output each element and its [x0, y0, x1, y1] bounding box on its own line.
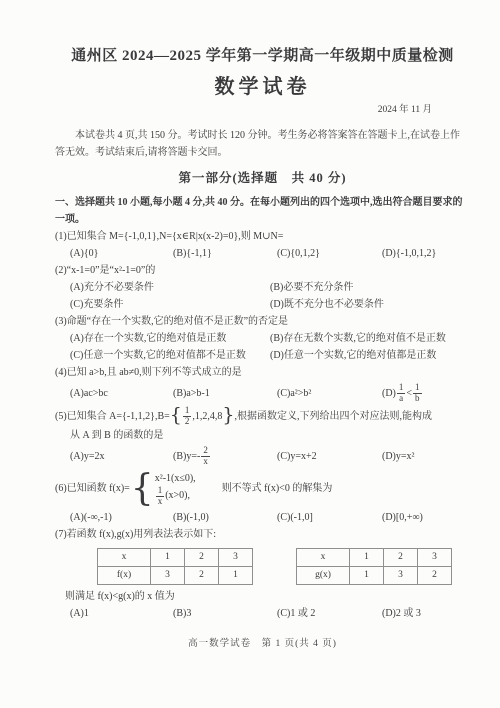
option-d: (D){-1,0,1,2} — [382, 245, 470, 262]
instructions-line-2: 答无效。考试结束后,请将答题卡交回。 — [55, 144, 470, 161]
question-3-stem: (3)命题“存在一个实数,它的绝对值不是正数”的否定是 — [55, 313, 470, 330]
question-5-stem: (5)已知集合 A={-1,1,2},B= { 1 2 ,1,2,4,8 } ,… — [55, 406, 470, 427]
question-2: (2)“x-1=0”是“x²-1=0”的 (A)充分不必要条件 (B)必要不充分… — [55, 262, 470, 313]
option-d: (D)既不充分也不必要条件 — [270, 296, 470, 313]
section-rule-line-1: 一、选择题共 10 小题,每小题 4 分,共 40 分。在每小题列出的四个选项中… — [55, 194, 470, 211]
option-d-label: (D) — [382, 385, 396, 402]
option-a: (A)ac>bc — [70, 385, 173, 402]
question-4-options: (A)ac>bc (B)a>b-1 (C)a²>b² (D) 1 a < 1 b — [55, 381, 470, 406]
table-cell: 2 — [418, 566, 452, 584]
table-row: g(x) 1 3 2 — [297, 566, 452, 584]
piecewise-case-2: 1 x (x>0), — [155, 486, 196, 507]
part-one-heading: 第一部分(选择题 共 40 分) — [55, 169, 470, 187]
question-3-options-row-2: (C)任意一个实数,它的绝对值都不是正数 (D)任意一个实数,它的绝对值都是正数 — [55, 347, 470, 364]
option-a: (A)(-∞,-1) — [70, 509, 173, 526]
question-2-options-row-1: (A)充分不必要条件 (B)必要不充分条件 — [55, 279, 470, 296]
option-b: (B)3 — [173, 605, 277, 622]
question-4: (4)已知 a>b,且 ab≠0,则下列不等式成立的是 (A)ac>bc (B)… — [55, 364, 470, 406]
question-6-options: (A)(-∞,-1) (B)(-1,0) (C)(-1,0] (D)[0,+∞) — [55, 509, 470, 526]
less-than-sign: < — [406, 385, 412, 402]
question-1: (1)已知集合 M={-1,0,1},N={x∈R|x(x-2)=0},则 M∪… — [55, 228, 470, 262]
option-d: (D)任意一个实数,它的绝对值都是正数 — [270, 347, 470, 364]
question-3-options-row-1: (A)存在一个实数,它的绝对值是正数 (B)存在无数个实数,它的绝对值不是正数 — [55, 330, 470, 347]
option-c: (C){0,1,2} — [277, 245, 382, 262]
fraction-one-over-a: 1 a — [397, 383, 406, 404]
question-5-options: (A)y=2x (B)y=- 2 x (C)y=x+2 (D)y=x² — [55, 444, 470, 469]
question-4-stem: (4)已知 a>b,且 ab≠0,则下列不等式成立的是 — [55, 364, 470, 381]
g-x-value-table: x 1 2 3 g(x) 1 3 2 — [296, 548, 452, 585]
option-c: (C)充要条件 — [70, 296, 270, 313]
option-c: (C)1 或 2 — [277, 605, 382, 622]
section-rule: 一、选择题共 10 小题,每小题 4 分,共 40 分。在每小题列出的四个选项中… — [55, 194, 470, 228]
option-a: (A)存在一个实数,它的绝对值是正数 — [70, 330, 270, 347]
question-5-stem-suffix: ,根据函数定义,下列给出四个对应法则,能构成 — [234, 408, 432, 425]
fraction-one-half: 1 2 — [183, 406, 192, 427]
table-row: x 1 2 3 — [98, 548, 253, 566]
question-7-tables: x 1 2 3 f(x) 3 2 1 x — [97, 548, 470, 585]
question-6-stem: (6)已知函数 f(x)= { x²-1(x≤0), 1 x (x>0), 则不… — [55, 471, 470, 507]
table-cell: x — [297, 548, 350, 566]
option-c: (C)y=x+2 — [277, 448, 382, 465]
piecewise-brace: { — [131, 471, 154, 507]
fraction-two-over-x: 2 x — [201, 446, 210, 467]
table-cell: 1 — [350, 548, 384, 566]
option-d: (D)[0,+∞) — [382, 509, 470, 526]
table-cell: 2 — [185, 566, 219, 584]
option-b: (B)y=- 2 x — [173, 446, 277, 467]
question-7: (7)若函数 f(x),g(x)用列表法表示如下: x 1 2 3 f(x) 3… — [55, 526, 470, 622]
table-cell: 3 — [151, 566, 185, 584]
question-6-stem-prefix: (6)已知函数 f(x)= — [55, 480, 130, 497]
set-elements: ,1,2,4,8 — [192, 408, 222, 425]
question-6-stem-suffix: 则不等式 f(x)<0 的解集为 — [222, 480, 333, 497]
option-a: (A){0} — [70, 245, 173, 262]
fraction-one-over-b: 1 b — [413, 383, 422, 404]
table-cell: 1 — [350, 566, 384, 584]
option-b: (B){-1,1} — [173, 245, 277, 262]
left-brace: { — [170, 406, 182, 425]
option-a: (A)y=2x — [70, 448, 173, 465]
piecewise-case-2-condition: (x>0), — [165, 487, 190, 505]
option-a: (A)1 — [70, 605, 173, 622]
option-c: (C)(-1,0] — [277, 509, 382, 526]
question-7-options: (A)1 (B)3 (C)1 或 2 (D)2 或 3 — [55, 605, 470, 622]
piecewise-case-1: x²-1(x≤0), — [155, 471, 196, 486]
option-b: (B)必要不充分条件 — [270, 279, 470, 296]
option-c: (C)任意一个实数,它的绝对值都不是正数 — [70, 347, 270, 364]
exam-date: 2024 年 11 月 — [55, 104, 470, 117]
option-b-prefix: (B)y=- — [173, 448, 200, 465]
question-3: (3)命题“存在一个实数,它的绝对值不是正数”的否定是 (A)存在一个实数,它的… — [55, 313, 470, 364]
table-cell: 3 — [418, 548, 452, 566]
piecewise-cases: x²-1(x≤0), 1 x (x>0), — [155, 471, 196, 507]
table-cell: 2 — [185, 548, 219, 566]
table-row: f(x) 3 2 1 — [98, 566, 253, 584]
option-c: (C)a²>b² — [277, 385, 382, 402]
exam-paper-page: 通州区 2024—2025 学年第一学期高一年级期中质量检测 数学试卷 2024… — [0, 0, 500, 708]
table-cell: 3 — [384, 566, 418, 584]
question-1-stem: (1)已知集合 M={-1,0,1},N={x∈R|x(x-2)=0},则 M∪… — [55, 228, 470, 245]
table-cell: f(x) — [98, 566, 151, 584]
question-5-stem-prefix: (5)已知集合 A={-1,1,2},B= — [55, 408, 170, 425]
option-a: (A)充分不必要条件 — [70, 279, 270, 296]
table-cell: 1 — [151, 548, 185, 566]
option-b: (B)存在无数个实数,它的绝对值不是正数 — [270, 330, 470, 347]
question-1-options: (A){0} (B){-1,1} (C){0,1,2} (D){-1,0,1,2… — [55, 245, 470, 262]
f-x-value-table: x 1 2 3 f(x) 3 2 1 — [97, 548, 253, 585]
question-2-stem: (2)“x-1=0”是“x²-1=0”的 — [55, 262, 470, 279]
option-b: (B)(-1,0) — [173, 509, 277, 526]
exam-instructions: 本试卷共 4 页,共 150 分。考试时长 120 分钟。考生务必将答案答在答题… — [55, 127, 470, 161]
option-d: (D)y=x² — [382, 448, 470, 465]
table-cell: x — [98, 548, 151, 566]
table-cell: 1 — [219, 566, 253, 584]
question-5: (5)已知集合 A={-1,1,2},B= { 1 2 ,1,2,4,8 } ,… — [55, 406, 470, 469]
fraction-one-over-x: 1 x — [156, 486, 165, 507]
question-2-options-row-2: (C)充要条件 (D)既不充分也不必要条件 — [55, 296, 470, 313]
table-cell: g(x) — [297, 566, 350, 584]
instructions-line-1: 本试卷共 4 页,共 150 分。考试时长 120 分钟。考生务必将答案答在答题… — [55, 127, 470, 144]
question-5-stem-line-2: 从 A 到 B 的函数的是 — [55, 427, 470, 444]
exam-subject-title: 数学试卷 — [55, 74, 470, 100]
table-row: x 1 2 3 — [297, 548, 452, 566]
section-rule-line-2: 一项。 — [55, 211, 470, 228]
table-cell: 2 — [384, 548, 418, 566]
option-d: (D)2 或 3 — [382, 605, 470, 622]
question-7-condition: 则满足 f(x)<g(x)的 x 值为 — [55, 588, 470, 605]
question-7-stem: (7)若函数 f(x),g(x)用列表法表示如下: — [55, 526, 470, 543]
option-d: (D) 1 a < 1 b — [382, 383, 470, 404]
table-cell: 3 — [219, 548, 253, 566]
question-6: (6)已知函数 f(x)= { x²-1(x≤0), 1 x (x>0), 则不… — [55, 471, 470, 526]
page-footer: 高一数学试卷 第 1 页(共 4 页) — [55, 635, 470, 649]
page-title: 通州区 2024—2025 学年第一学期高一年级期中质量检测 — [55, 46, 470, 66]
option-b: (B)a>b-1 — [173, 385, 277, 402]
right-brace: } — [222, 406, 234, 425]
